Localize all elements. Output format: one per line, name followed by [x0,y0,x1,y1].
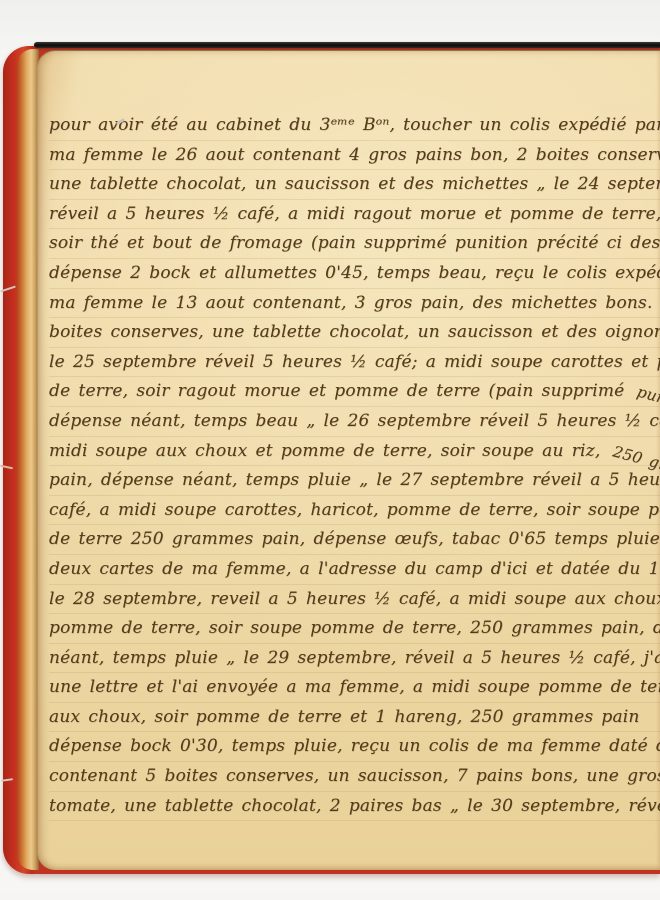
handwriting-line-text: le 28 septembre, reveil a 5 heures ½ caf… [49,589,660,609]
handwriting-line-text: réveil a 5 heures ½ café, a midi ragout … [49,204,660,224]
handwriting-line: midi soupe aux choux et pomme de terre, … [49,437,660,467]
handwriting-line: dépense bock 0'30, temps pluie, reçu un … [49,732,660,762]
handwriting-line-text: de terre, soir ragout morue et pomme de … [49,381,624,401]
handwriting-line-text: une tablette chocolat, un saucisson et d… [49,174,660,194]
handwriting-line-text: boites conserves, une tablette chocolat,… [49,322,660,342]
handwriting-line-text: deux cartes de ma femme, a l'adresse du … [49,559,660,579]
handwriting-line: dépense néant, temps beau „ le 26 septem… [49,407,660,437]
handwriting-line: une lettre et l'ai envoyée a ma femme, a… [49,673,660,703]
page-edge-stack [17,49,39,870]
handwriting-line-text: le 25 septembre réveil 5 heures ½ café; … [49,352,660,372]
handwriting-line: de terre, soir ragout morue et pomme de … [49,377,660,407]
handwriting-line-text: aux choux, soir pomme de terre et 1 hare… [49,707,640,727]
handwriting-line-text: tomate, une tablette chocolat, 2 paires … [49,796,660,816]
handwriting-line: pomme de terre, soir soupe pomme de terr… [49,614,660,644]
handwriting: pour avoir été au cabinet du 3ᵉᵐᵉ Bᵒⁿ, t… [49,111,660,821]
handwriting-line-text: une lettre et l'ai envoyée a ma femme, a… [49,677,660,697]
handwriting-line-text: ma femme le 13 aout contenant, 3 gros pa… [49,293,660,313]
handwriting-line-text: de terre 250 grammes pain, dépense œufs,… [49,529,660,549]
page-top-shadow [34,42,660,48]
handwriting-line: néant, temps pluie „ le 29 septembre, ré… [49,644,660,674]
handwriting-line-text: soir thé et bout de fromage (pain suppri… [49,233,660,253]
handwriting-line: tomate, une tablette chocolat, 2 paires … [49,792,660,822]
handwriting-line: de terre 250 grammes pain, dépense œufs,… [49,525,660,555]
handwriting-line-text: pain, dépense néant, temps pluie „ le 27… [49,470,660,490]
handwriting-line: ma femme le 26 aout contenant 4 gros pai… [49,141,660,171]
handwriting-line-text: néant, temps pluie „ le 29 septembre, ré… [49,648,660,668]
handwriting-line: aux choux, soir pomme de terre et 1 hare… [49,703,660,733]
handwriting-line: café, a midi soupe carottes, haricot, po… [49,496,660,526]
handwriting-line-text: pomme de terre, soir soupe pomme de terr… [49,618,660,638]
notebook-page: pour avoir été au cabinet du 3ᵉᵐᵉ Bᵒⁿ, t… [37,50,660,870]
handwriting-line-text: dépense néant, temps beau „ le 26 septem… [49,411,660,431]
handwriting-line: soir thé et bout de fromage (pain suppri… [49,229,660,259]
handwriting-line-text: pour avoir été au cabinet du 3ᵉᵐᵉ Bᵒⁿ, t… [49,115,660,135]
handwriting-line: deux cartes de ma femme, a l'adresse du … [49,555,660,585]
handwriting-line: pour avoir été au cabinet du 3ᵉᵐᵉ Bᵒⁿ, t… [49,111,660,141]
handwriting-line: contenant 5 boites conserves, un sauciss… [49,762,660,792]
handwriting-line-text: café, a midi soupe carottes, haricot, po… [49,500,660,520]
handwriting-line: ma femme le 13 aout contenant, 3 gros pa… [49,289,660,319]
handwriting-line-text: dépense bock 0'30, temps pluie, reçu un … [49,736,660,756]
notebook-cover: pour avoir été au cabinet du 3ᵉᵐᵉ Bᵒⁿ, t… [3,46,660,874]
handwriting-line: une tablette chocolat, un saucisson et d… [49,170,660,200]
handwriting-line-text: contenant 5 boites conserves, un sauciss… [49,766,660,786]
scanner-background: pour avoir été au cabinet du 3ᵉᵐᵉ Bᵒⁿ, t… [0,0,660,900]
handwriting-line-text: dépense 2 bock et allumettes 0'45, temps… [49,263,660,283]
handwriting-line: le 25 septembre réveil 5 heures ½ café; … [49,348,660,378]
handwriting-line-text: midi soupe aux choux et pomme de terre, … [49,441,600,461]
handwriting-line: réveil a 5 heures ½ café, a midi ragout … [49,200,660,230]
handwriting-line: pain, dépense néant, temps pluie „ le 27… [49,466,660,496]
handwriting-line-text: ma femme le 26 aout contenant 4 gros pai… [49,145,660,165]
handwriting-line: dépense 2 bock et allumettes 0'45, temps… [49,259,660,289]
handwriting-line: boites conserves, une tablette chocolat,… [49,318,660,348]
handwriting-line: le 28 septembre, reveil a 5 heures ½ caf… [49,585,660,615]
